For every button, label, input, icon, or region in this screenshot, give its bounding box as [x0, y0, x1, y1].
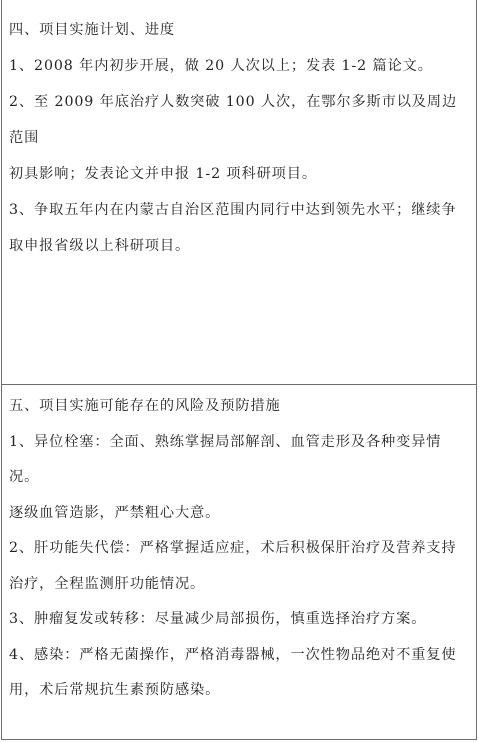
plan-line: 2、至 2009 年底治疗人数突破 100 人次，在鄂尔多斯市以及周边范围 — [9, 84, 468, 156]
section-risks-prevention: 五、项目实施可能存在的风险及预防措施 1、异位栓塞：全面、熟练掌握局部解剖、血管… — [2, 384, 476, 739]
risk-line: 1、异位栓塞：全面、熟练掌握局部解剖、血管走形及各种变异情况。 — [9, 425, 468, 496]
plan-line: 初具影响；发表论文并申报 1-2 项科研项目。 — [9, 156, 468, 192]
section-heading: 五、项目实施可能存在的风险及预防措施 — [9, 389, 468, 425]
plan-line: 3、争取五年内在内蒙古自治区范围内同行中达到领先水平；继续争 — [9, 192, 468, 228]
section-heading: 四、项目实施计划、进度 — [9, 12, 468, 48]
plan-line: 取申报省级以上科研项目。 — [9, 228, 468, 264]
risk-line: 2、肝功能失代偿：严格掌握适应症，术后积极保肝治疗及营养支持 — [9, 531, 468, 567]
risk-line: 治疗，全程监测肝功能情况。 — [9, 567, 468, 603]
risk-line: 3、肿瘤复发或转移：尽量减少局部损伤，慎重选择治疗方案。 — [9, 602, 468, 638]
risk-line: 逐级血管造影，严禁粗心大意。 — [9, 496, 468, 532]
risk-line: 用，术后常规抗生素预防感染。 — [9, 673, 468, 709]
form-table: 四、项目实施计划、进度 1、2008 年内初步开展，做 20 人次以上；发表 1… — [1, 0, 477, 740]
section-implementation-plan: 四、项目实施计划、进度 1、2008 年内初步开展，做 20 人次以上；发表 1… — [2, 0, 476, 384]
plan-line: 1、2008 年内初步开展，做 20 人次以上；发表 1-2 篇论文。 — [9, 48, 468, 84]
risk-line: 4、感染：严格无菌操作，严格消毒器械，一次性物品绝对不重复使 — [9, 638, 468, 674]
